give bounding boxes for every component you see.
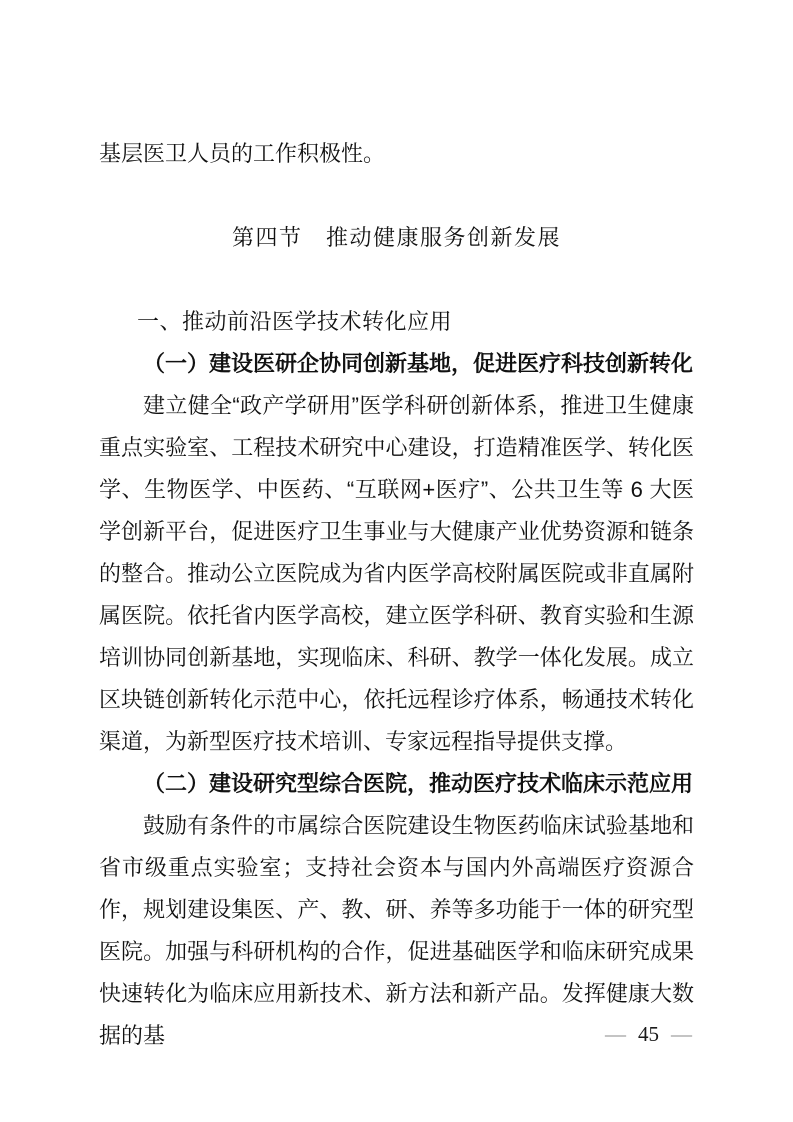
blank-line [99,175,694,217]
paragraph-1: 建立健全“政产学研用”医学科研创新体系，推进卫生健康重点实验室、工程技术研究中心… [99,385,694,763]
blank-line [99,259,694,301]
item-heading-2: （二）建设研究型综合医院，推动医疗技术临床示范应用 [99,763,694,805]
paragraph-2: 鼓励有条件的市属综合医院建设生物医药临床试验基地和省市级重点实验室；支持社会资本… [99,805,694,1057]
page-number-dash-right: — [671,1022,692,1046]
item-heading-1: （一）建设医研企协同创新基地，促进医疗科技创新转化 [99,343,694,385]
subsection-heading: 一、推动前沿医学技术转化应用 [99,301,694,343]
body-text-line: 基层医卫人员的工作积极性。 [99,133,694,175]
section-heading: 第四节 推动健康服务创新发展 [99,217,694,259]
page-number-dash-left: — [605,1022,626,1046]
page-number-value: 45 [638,1022,659,1046]
page-number: —45— [605,1021,692,1047]
page-content: 基层医卫人员的工作积极性。 第四节 推动健康服务创新发展 一、推动前沿医学技术转… [99,133,694,1057]
document-page: 基层医卫人员的工作积极性。 第四节 推动健康服务创新发展 一、推动前沿医学技术转… [0,0,793,1122]
